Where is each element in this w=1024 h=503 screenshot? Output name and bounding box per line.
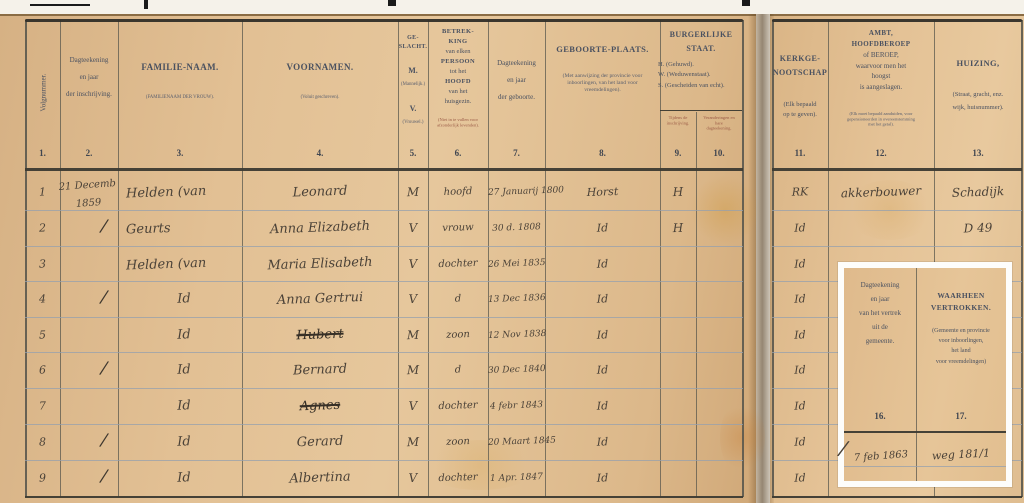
church: Id [772,435,828,450]
sex: V [398,220,428,235]
cropped-text-fragment [742,0,750,6]
col13-sub: (Straat, gracht, enz. wijk, huisnummer). [934,88,1022,114]
bs-line: BURGERLIJKE [660,28,742,42]
birth-date: 4 febr 1843 [488,400,545,412]
housing: D 49 [934,219,1022,236]
col8-title: GEBOORTE-PLAATS. [545,44,660,55]
bs-legend: H. (Gehuwd). W. (Weduwenstaat). S. (Gesc… [656,60,748,91]
relation: d [428,363,488,376]
bs-line: STAAT. [660,42,742,56]
row-number: 8 [25,435,60,449]
col-number: 13. [934,148,1022,158]
col12-note: (Elk moet bepaald aanduiden, voor gepens… [844,112,918,128]
col-number: 5. [398,148,428,158]
birth-date: 30 Dec 1840 [488,364,545,376]
row-number: 9 [25,471,60,485]
first-names-struck: Hubert [242,325,398,345]
church: Id [772,363,828,378]
inset-col16-line: uit de [844,320,916,334]
relation: vrouw [428,221,488,234]
birth-place: Id [545,361,660,378]
housing: Schadijk [934,183,1022,200]
birth-place: Id [545,469,660,486]
inset-col17-sub: (Gemeente en provincie voor inboorlingen… [918,326,1004,367]
inset-col17-sub-line: voor vreemdelingen) [918,357,1004,367]
col11-sub-line: op te geven). [772,110,828,120]
first-names: Leonard [242,182,398,202]
inset-col17-number: 17. [916,411,1006,423]
grid-line [772,19,1022,22]
col6-line: tot het [428,67,488,77]
birth-place: Id [545,433,660,450]
col-number: 7. [488,148,545,158]
col13-title: HUIZING, [934,58,1022,69]
church: Id [772,257,828,272]
col13-sub-line: wijk, huisnummer). [934,101,1022,114]
birth-date: 12 Nov 1838 [488,329,545,341]
church: RK [772,185,828,200]
relation: hoofd [428,185,488,198]
bs-group-title: BURGERLIJKE STAAT. [660,28,742,55]
pen-mark: / [91,215,117,237]
col12-line: HOOFDBEROEP [828,39,934,50]
col1-label: Volgnummer. [39,74,48,112]
departure-destination: weg 181/1 [918,446,1005,463]
occupation: akkerbouwer [828,183,934,201]
sex: M [398,184,428,199]
inset-col16-line: van het vertrek [844,306,916,320]
family-name: Id [126,468,242,487]
birth-place: Id [545,397,660,414]
col11-title: KERKGE- NOOTSCHAP [772,52,828,81]
col6-line: KING [428,37,488,47]
civil-status: H [660,184,696,199]
col6-line: HOOFD [428,77,488,87]
col6-note: (Niet in te vullen voor afzonderlijk lev… [437,118,479,129]
family-name: Id [126,289,242,308]
row-number: 7 [25,399,60,413]
col2-line: en jaar [60,69,118,86]
grid-line [772,168,1022,171]
church: Id [772,471,828,486]
bs-legend-line: W. (Weduwenstaat). [658,70,748,80]
first-names: Gerard [242,432,398,452]
row-number: 3 [25,257,60,271]
inset-col16-line: Dagteekening [844,278,916,292]
col3-title: FAMILIE-NAAM. [118,62,242,74]
relation: dochter [428,257,488,270]
birth-date: 30 d. 1808 [488,222,545,234]
col5-line: GE- [398,34,428,43]
family-name: Geurts [126,218,242,237]
col12-line: is aangeslagen. [828,82,934,93]
birth-place: Id [545,326,660,343]
inset-col17-line: VERTROKKEN. [918,302,1004,314]
register-scan: { "headers": { "col1_title": "Volgnummer… [0,0,1024,503]
grid-line [25,168,743,171]
col12-line: hoogst [828,71,934,82]
church: Id [772,328,828,343]
sex: V [398,398,428,413]
birth-date: 27 Januarij 1800 [488,186,545,198]
col5-m-sub: (Mannelijk.) [401,82,425,88]
col-number: 10. [696,148,742,158]
inscription-date-line: 21 Decemb [57,176,118,196]
col4-title: VOORNAMEN. [242,62,398,74]
col2-header: Dagteekening en jaar der inschrijving. [60,52,118,102]
relation: zoon [428,328,488,341]
family-name: Id [126,360,242,379]
col2-line: Dagteekening [60,52,118,69]
first-names: Bernard [242,360,398,380]
pen-mark: / [91,286,117,308]
family-name: Helden (van [126,182,242,201]
inset-row-line [844,466,1006,467]
inset-header-rule [844,431,1006,433]
sex: M [398,434,428,449]
col-number: 3. [118,148,242,158]
col6-line: BETREK- [428,27,488,37]
col7-header: Dagteekening en jaar der geboorte. [488,55,545,105]
bs-legend-line: H. (Gehuwd). [658,60,748,70]
col12-line: waarvoor men het [828,61,934,72]
pen-mark: / [91,465,117,487]
pen-mark: / [91,357,117,379]
row-number: 5 [25,328,60,342]
family-name: Id [126,325,242,344]
col5-line: SLACHT. [398,43,428,52]
inscription-date: 21 Decemb 1859 [57,176,119,214]
grid-line [660,110,742,111]
sex: V [398,256,428,271]
church: Id [772,292,828,307]
relation: zoon [428,435,488,448]
cropped-text-fragment [144,0,148,9]
family-name: Id [126,396,242,415]
inset-col17-sub-line: voor inboorlingen, [918,336,1004,346]
col12-line: of BEROEP, [828,50,934,61]
row-number: 1 [25,185,60,199]
col5-m: M. [398,66,428,76]
col10-sub: Veranderingen en hare dagteekening. [703,116,736,132]
col-number: 1. [25,148,60,158]
family-name: Helden (van [126,254,242,273]
col7-line: Dagteekening [488,55,545,72]
col-number: 11. [772,148,828,158]
inset-col16-line: en jaar [844,292,916,306]
col1-header: Volgnummer. [25,40,60,140]
inset-col17-line: WAARHEEN [918,290,1004,302]
col5-v-sub: (Vrouwel.) [401,120,425,126]
highlight-inset-box: Dagteekening en jaar van het vertrek uit… [838,262,1012,487]
grid-line [772,496,1022,498]
col5-title: GE- SLACHT. [398,34,428,52]
col9-sub: Tijdens de inschrijving. [665,116,692,127]
cropped-text-fragment [30,4,90,6]
sex: V [398,291,428,306]
col6-line: van elken [428,47,488,57]
col6-header: BETREK- KING van elken PERSOON tot het H… [428,27,488,108]
birth-place: Horst [545,183,660,200]
col12-header: AMBT, HOOFDBEROEP of BEROEP, waarvoor me… [828,28,934,93]
row-number: 4 [25,292,60,306]
bs-legend-line: S. (Gescheiden van echt). [658,81,748,91]
church: Id [772,221,828,236]
first-names: Maria Elisabeth [242,254,398,274]
col-number: 6. [428,148,488,158]
col11-sub: (Elk bepaald op te geven). [772,100,828,121]
col11-sub-line: (Elk bepaald [772,100,828,110]
first-names: Albertina [242,468,398,488]
col-number: 9. [660,148,696,158]
departure-date: 7 feb 1863 [846,449,917,465]
birth-date: 1 Apr. 1847 [488,472,545,484]
grid-line [25,19,743,22]
col5-v: V. [398,104,428,114]
col11-line: KERKGE- [772,52,828,66]
cropped-text-fragment [388,0,396,6]
col13-sub-line: (Straat, gracht, enz. [934,88,1022,101]
col7-line: der geboorte. [488,89,545,106]
col4-sub: (Voluit geschreven). [258,95,383,101]
pen-mark: / [91,429,117,451]
civil-status: H [660,220,696,235]
relation: d [428,292,488,305]
birth-place: Id [545,255,660,272]
birth-date: 26 Mei 1835 [488,258,545,270]
col12-line: AMBT, [828,28,934,39]
inset-col16-number: 16. [844,411,916,423]
grid-line [25,496,743,498]
col11-line: NOOTSCHAP [772,66,828,80]
col6-line: huisgezin. [428,97,488,107]
inset-col16-line: gemeente. [844,334,916,348]
inset-col16-header: Dagteekening en jaar van het vertrek uit… [844,278,916,348]
col7-line: en jaar [488,72,545,89]
first-names-struck: Agnes [242,396,398,416]
inset-col17-sub-line: (Gemeente en provincie [918,326,1004,336]
inset-divider [916,268,917,481]
sex: M [398,327,428,342]
inset-col17-title: WAARHEEN VERTROKKEN. [918,290,1004,314]
birth-place: Id [545,219,660,236]
col2-line: der inschrijving. [60,86,118,103]
sex: M [398,362,428,377]
col6-line: PERSOON [428,57,488,67]
table-row: 1 21 Decemb 1859 Helden (van Leonard M h… [0,174,1024,210]
col6-line: van het [428,87,488,97]
col-number: 2. [60,148,118,158]
birth-date: 20 Maart 1845 [488,436,545,448]
col-number: 4. [242,148,398,158]
first-names: Anna Gertrui [242,289,398,309]
col3-sub: (FAMILIENAAM DER VROUW). [130,95,229,101]
sex: V [398,470,428,485]
col-number: 8. [545,148,660,158]
col8-sub: (Met aanwijzing der provincie voor inboo… [561,72,643,93]
inset-col17-sub-line: het land [918,346,1004,356]
birth-place: Id [545,290,660,307]
church: Id [772,399,828,414]
row-number: 2 [25,221,60,235]
table-row: 2 / Geurts Anna Elizabeth V vrouw 30 d. … [0,210,1024,246]
relation: dochter [428,399,488,412]
row-number: 6 [25,363,60,377]
family-name: Id [126,432,242,451]
col-number: 12. [828,148,934,158]
birth-date: 13 Dec 1836 [488,293,545,305]
first-names: Anna Elizabeth [242,218,398,238]
relation: dochter [428,471,488,484]
